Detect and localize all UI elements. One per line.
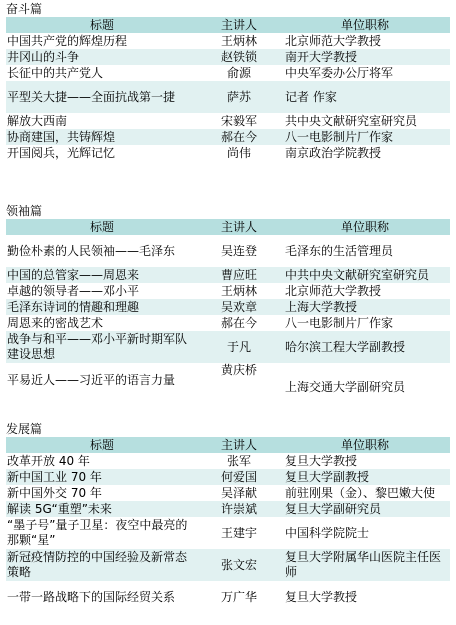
cell-speaker: 黄庆桥 xyxy=(198,363,280,397)
table-row: 平型关大捷——全面抗战第一捷萨苏记者 作家 xyxy=(6,81,450,113)
table-row: 解读 5G“重塑”未来许崇斌复旦大学副研究员 xyxy=(6,501,450,517)
header-speaker: 主讲人 xyxy=(198,437,280,453)
cell-title: 平型关大捷——全面抗战第一捷 xyxy=(6,81,198,113)
cell-position: 上海大学教授 xyxy=(280,299,450,315)
cell-position: 北京师范大学教授 xyxy=(280,283,450,299)
cell-title: 井冈山的斗争 xyxy=(6,49,198,65)
table-row: 卓越的领导者——邓小平王炳林北京师范大学教授 xyxy=(6,283,450,299)
cell-speaker: 王建宇 xyxy=(198,517,280,549)
cell-position: 记者 作家 xyxy=(280,81,450,113)
cell-position: 上海交通大学副研究员 xyxy=(280,363,450,397)
cell-position: 复旦大学教授 xyxy=(280,581,450,613)
table-row: 新中国外交 70 年吴泽献前驻刚果（金）、黎巴嫩大使 xyxy=(6,485,450,501)
cell-speaker: 郝在今 xyxy=(198,129,280,145)
cell-title: 长征中的共产党人 xyxy=(6,65,198,81)
cell-title: 勤俭朴素的人民领袖——毛泽东 xyxy=(6,235,198,267)
cell-position: 北京师范大学教授 xyxy=(280,33,450,49)
cell-title: 新中国外交 70 年 xyxy=(6,485,198,501)
cell-position: 八一电影制片厂作家 xyxy=(280,315,450,331)
cell-speaker: 俞源 xyxy=(198,65,280,81)
cell-title: 中国共产党的辉煌历程 xyxy=(6,33,198,49)
table-row: 长征中的共产党人俞源中央军委办公厅将军 xyxy=(6,65,450,81)
cell-position: 南京政治学院教授 xyxy=(280,145,450,161)
section-struggle: 奋斗篇 标题 主讲人 单位职称 中国共产党的辉煌历程王炳林北京师范大学教授 井冈… xyxy=(6,1,450,161)
cell-speaker: 许崇斌 xyxy=(198,501,280,517)
cell-speaker: 赵铁锁 xyxy=(198,49,280,65)
header-position: 单位职称 xyxy=(280,437,450,453)
cell-title: 卓越的领导者——邓小平 xyxy=(6,283,198,299)
cell-speaker: 曹应旺 xyxy=(198,267,280,283)
section-title: 领袖篇 xyxy=(6,203,450,219)
cell-position: 哈尔滨工程大学副教授 xyxy=(280,331,450,363)
section-title: 发展篇 xyxy=(6,421,450,437)
cell-title: 一带一路战略下的国际经贸关系 xyxy=(6,581,198,613)
header-position: 单位职称 xyxy=(280,17,450,33)
table-row: 新冠疫情防控的中国经验及新常态策略张文宏复旦大学附属华山医院主任医师 xyxy=(6,549,450,581)
table-row: 战争与和平——邓小平新时期军队建设思想于凡哈尔滨工程大学副教授 xyxy=(6,331,450,363)
cell-title: 周恩来的密战艺术 xyxy=(6,315,198,331)
lecture-table: 标题 主讲人 单位职称 改革开放 40 年张军复旦大学教授 新中国工业 70 年… xyxy=(6,437,450,613)
cell-speaker: 张军 xyxy=(198,453,280,469)
cell-speaker: 萨苏 xyxy=(198,81,280,113)
table-header: 标题 主讲人 单位职称 xyxy=(6,219,450,235)
header-speaker: 主讲人 xyxy=(198,219,280,235)
cell-speaker: 张文宏 xyxy=(198,549,280,581)
cell-position: 毛泽东的生活管理员 xyxy=(280,235,450,267)
cell-position: 中国科学院院士 xyxy=(280,517,450,549)
cell-position: 共中央文献研究室研究员 xyxy=(280,113,450,129)
cell-speaker: 万广华 xyxy=(198,581,280,613)
cell-title: 新中国工业 70 年 xyxy=(6,469,198,485)
cell-title: 战争与和平——邓小平新时期军队建设思想 xyxy=(6,331,198,363)
cell-speaker: 吴连登 xyxy=(198,235,280,267)
table-row: 改革开放 40 年张军复旦大学教授 xyxy=(6,453,450,469)
cell-position: 复旦大学副教授 xyxy=(280,469,450,485)
header-position: 单位职称 xyxy=(280,219,450,235)
table-row: 中国的总管家——周恩来曹应旺中共中央文献研究室研究员 xyxy=(6,267,450,283)
cell-speaker: 吴泽献 xyxy=(198,485,280,501)
table-row: “墨子号”量子卫星：夜空中最亮的那颗“星”王建宇中国科学院院士 xyxy=(6,517,450,549)
section-title: 奋斗篇 xyxy=(6,1,450,17)
table-row: 开国阅兵，光辉记忆尚伟南京政治学院教授 xyxy=(6,145,450,161)
header-speaker: 主讲人 xyxy=(198,17,280,33)
table-row: 平易近人——习近平的语言力量黄庆桥上海交通大学副研究员 xyxy=(6,363,450,397)
cell-title: 开国阅兵，光辉记忆 xyxy=(6,145,198,161)
cell-speaker: 郝在今 xyxy=(198,315,280,331)
cell-title: 中国的总管家——周恩来 xyxy=(6,267,198,283)
table-row: 毛泽东诗词的情趣和理趣吴欢章上海大学教授 xyxy=(6,299,450,315)
cell-position: 中共中央文献研究室研究员 xyxy=(280,267,450,283)
table-row: 新中国工业 70 年何爱国复旦大学副教授 xyxy=(6,469,450,485)
cell-title: 新冠疫情防控的中国经验及新常态策略 xyxy=(6,549,198,581)
cell-speaker: 于凡 xyxy=(198,331,280,363)
table-header: 标题 主讲人 单位职称 xyxy=(6,437,450,453)
table-header: 标题 主讲人 单位职称 xyxy=(6,17,450,33)
cell-title: 平易近人——习近平的语言力量 xyxy=(6,363,198,397)
section-development: 发展篇 标题 主讲人 单位职称 改革开放 40 年张军复旦大学教授 新中国工业 … xyxy=(6,421,450,613)
table-row: 协商建国，共铸辉煌郝在今八一电影制片厂作家 xyxy=(6,129,450,145)
section-leaders: 领袖篇 标题 主讲人 单位职称 勤俭朴素的人民领袖——毛泽东吴连登毛泽东的生活管… xyxy=(6,203,450,397)
cell-title: 改革开放 40 年 xyxy=(6,453,198,469)
cell-title: 协商建国，共铸辉煌 xyxy=(6,129,198,145)
table-row: 解放大西南宋毅军共中央文献研究室研究员 xyxy=(6,113,450,129)
cell-position: 前驻刚果（金）、黎巴嫩大使 xyxy=(280,485,450,501)
header-title: 标题 xyxy=(6,219,198,235)
table-row: 周恩来的密战艺术郝在今八一电影制片厂作家 xyxy=(6,315,450,331)
cell-title: 解读 5G“重塑”未来 xyxy=(6,501,198,517)
cell-position: 南开大学教授 xyxy=(280,49,450,65)
table-row: 勤俭朴素的人民领袖——毛泽东吴连登毛泽东的生活管理员 xyxy=(6,235,450,267)
cell-position: 复旦大学附属华山医院主任医师 xyxy=(280,549,450,581)
cell-speaker: 何爱国 xyxy=(198,469,280,485)
lecture-table: 标题 主讲人 单位职称 中国共产党的辉煌历程王炳林北京师范大学教授 井冈山的斗争… xyxy=(6,17,450,161)
cell-speaker: 尚伟 xyxy=(198,145,280,161)
cell-position: 复旦大学教授 xyxy=(280,453,450,469)
header-title: 标题 xyxy=(6,17,198,33)
cell-speaker: 王炳林 xyxy=(198,283,280,299)
cell-title: 解放大西南 xyxy=(6,113,198,129)
cell-title: 毛泽东诗词的情趣和理趣 xyxy=(6,299,198,315)
cell-position: 八一电影制片厂作家 xyxy=(280,129,450,145)
cell-speaker: 吴欢章 xyxy=(198,299,280,315)
header-title: 标题 xyxy=(6,437,198,453)
lecture-table: 标题 主讲人 单位职称 勤俭朴素的人民领袖——毛泽东吴连登毛泽东的生活管理员 中… xyxy=(6,219,450,397)
table-row: 一带一路战略下的国际经贸关系万广华复旦大学教授 xyxy=(6,581,450,613)
table-row: 井冈山的斗争赵铁锁南开大学教授 xyxy=(6,49,450,65)
cell-speaker: 宋毅军 xyxy=(198,113,280,129)
table-row: 中国共产党的辉煌历程王炳林北京师范大学教授 xyxy=(6,33,450,49)
cell-position: 中央军委办公厅将军 xyxy=(280,65,450,81)
cell-speaker: 王炳林 xyxy=(198,33,280,49)
cell-title: “墨子号”量子卫星：夜空中最亮的那颗“星” xyxy=(6,517,198,549)
cell-position: 复旦大学副研究员 xyxy=(280,501,450,517)
